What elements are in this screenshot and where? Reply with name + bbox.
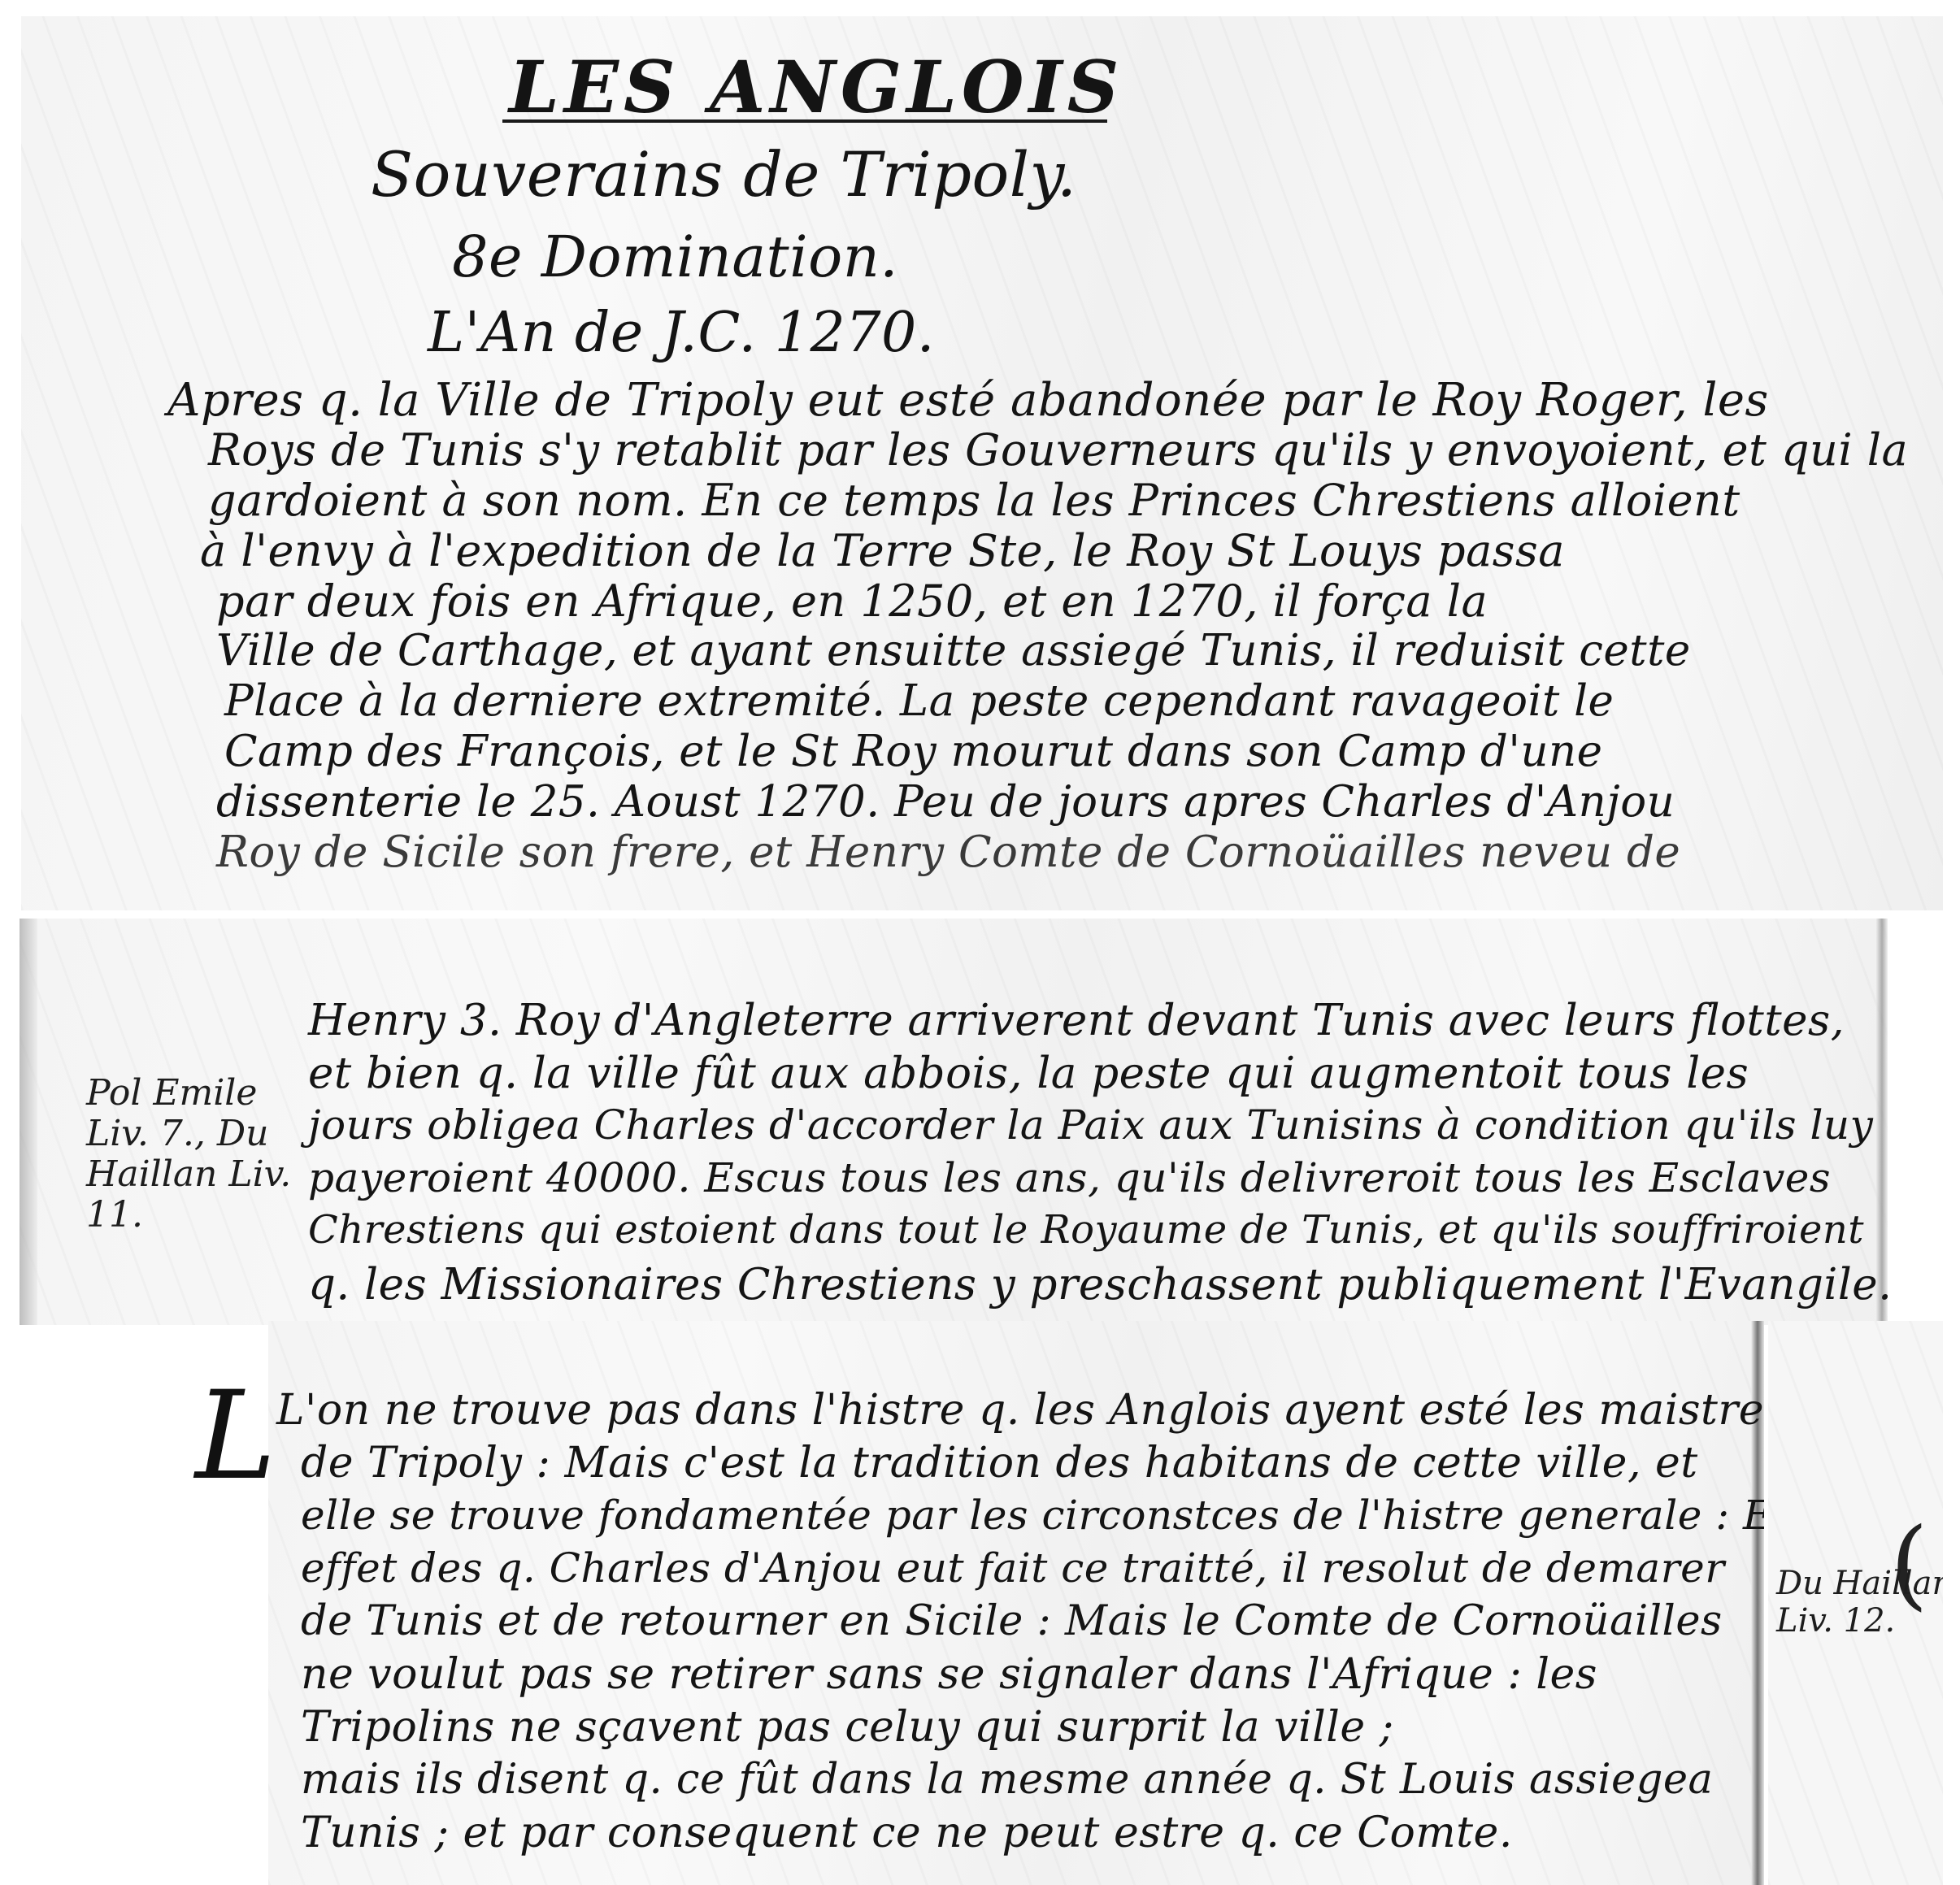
- section-heading: 8e Domination.: [452, 224, 898, 290]
- margin-note-line: Liv. 12.: [1776, 1602, 1943, 1640]
- text-line: q. les Missionaires Chrestiens y prescha…: [308, 1260, 1888, 1310]
- text-line: ne voulut pas se retirer sans se signale…: [301, 1650, 1597, 1699]
- decorated-initial: L: [195, 1366, 276, 1507]
- text-line: L'on ne trouve pas dans l'histre q. les …: [276, 1386, 1764, 1435]
- text-line: jours obligea Charles d'accorder la Paix…: [308, 1101, 1873, 1149]
- text-line: Chrestiens qui estoient dans tout le Roy…: [308, 1207, 1864, 1253]
- text-line: Camp des François, et le St Roy mourut d…: [224, 727, 1603, 776]
- manuscript-fragment-middle: Pol Emile Liv. 7., Du Haillan Liv. 11. H…: [20, 919, 1888, 1325]
- text-line: gardoient à son nom. En ce temps la les …: [208, 475, 1741, 526]
- date-heading: L'An de J.C. 1270.: [428, 301, 935, 365]
- text-line: de Tripoly : Mais c'est la tradition des…: [301, 1439, 1698, 1488]
- manuscript-fragment-bottom: L'on ne trouve pas dans l'histre q. les …: [268, 1321, 1764, 1885]
- margin-note-line: 11.: [86, 1195, 291, 1236]
- text-line-content: Tripolins ne sçavent pas celuy qui surpr…: [301, 1703, 1394, 1752]
- title-underline: [502, 119, 1107, 123]
- margin-note-line: Haillan Liv.: [86, 1154, 291, 1195]
- text-line: dissenterie le 25. Aoust 1270. Peu de jo…: [216, 777, 1675, 827]
- text-line: Tripolins ne sçavent pas celuy qui surpr…: [301, 1703, 1394, 1752]
- document-subtitle: Souverains de Tripoly.: [371, 138, 1077, 211]
- text-line: Roys de Tunis s'y retablit par les Gouve…: [208, 424, 1908, 476]
- margin-note-line: Du Haillan: [1776, 1565, 1943, 1602]
- text-line: Henry 3. Roy d'Angleterre arriverent dev…: [308, 996, 1845, 1045]
- text-line: Roy de Sicile son frere, et Henry Comte …: [216, 827, 1680, 877]
- manuscript-fragment-margin: ( Du Haillan Liv. 12.: [1768, 1321, 1943, 1885]
- document-title: LES ANGLOIS: [509, 45, 1123, 129]
- text-line: Tunis ; et par consequent ce ne peut est…: [301, 1809, 1513, 1857]
- margin-note-line: Liv. 7., Du: [86, 1114, 291, 1154]
- text-line: elle se trouve fondamentée par les circo…: [301, 1492, 1764, 1539]
- margin-note: Pol Emile Liv. 7., Du Haillan Liv. 11.: [86, 1073, 291, 1236]
- margin-note: Du Haillan Liv. 12.: [1776, 1565, 1943, 1640]
- text-line: effet des q. Charles d'Anjou eut fait ce…: [301, 1544, 1725, 1592]
- text-line: par deux fois en Afrique, en 1250, et en…: [216, 575, 1488, 627]
- text-line: de Tunis et de retourner en Sicile : Mai…: [301, 1597, 1723, 1645]
- text-line: Ville de Carthage, et ayant ensuitte ass…: [216, 626, 1691, 675]
- text-line: Apres q. la Ville de Tripoly eut esté ab…: [167, 374, 1769, 427]
- text-line: Place à la derniere extremité. La peste …: [224, 676, 1614, 726]
- text-line: à l'envy à l'expedition de la Terre Ste,…: [200, 525, 1565, 576]
- text-line: mais ils disent q. ce fût dans la mesme …: [301, 1756, 1713, 1804]
- text-line: payeroient 40000. Escus tous les ans, qu…: [308, 1154, 1831, 1201]
- text-line: et bien q. la ville fût aux abbois, la p…: [308, 1049, 1749, 1098]
- margin-note-line: Pol Emile: [86, 1073, 291, 1114]
- manuscript-fragment-top: LES ANGLOIS Souverains de Tripoly. 8e Do…: [21, 16, 1943, 910]
- page-edge-shadow: [20, 919, 37, 1325]
